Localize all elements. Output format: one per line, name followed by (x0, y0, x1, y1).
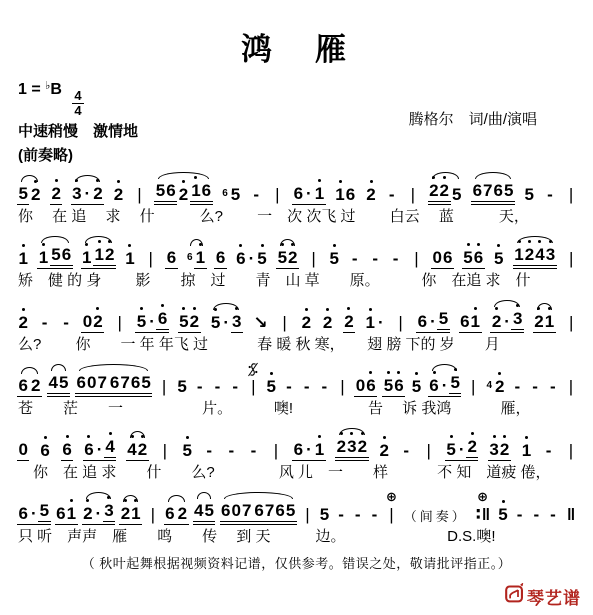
note-group: 6·1 (292, 428, 326, 464)
note-group: - (283, 365, 296, 400)
slurred-note-group: 62 (17, 364, 42, 400)
slurred-note-group: 3·2 (71, 172, 105, 208)
lyrics-row: 矫 健 的 身 影 掠 过 青 山 草 原。 你 在追 求 什 (18, 273, 579, 288)
note-token: 2 (50, 172, 62, 208)
note-group: - (513, 493, 526, 528)
note-token: 1 (124, 237, 136, 272)
note-token: · (148, 300, 157, 336)
note-group: - (385, 173, 398, 208)
note-group: 5·2 (445, 425, 479, 464)
note-token: 6 (292, 172, 304, 208)
slurred-note-group: 21 (119, 492, 142, 528)
note-token: 42 (126, 428, 149, 464)
note-token: 2 (378, 429, 390, 464)
note-token: ↘ (252, 301, 269, 336)
slurred-note-group: 2·3 (82, 489, 116, 528)
note-token: - (38, 301, 51, 336)
note-group: | (271, 173, 284, 208)
note-group: - (203, 429, 216, 464)
note-group: 6 (214, 236, 226, 272)
note-token: 5 (38, 489, 50, 528)
note-token: 2 (321, 301, 333, 336)
slurred-note-group: 56216 (154, 169, 212, 208)
note-token: 52 (276, 236, 299, 272)
site-watermark: 琴艺谱 (504, 583, 581, 609)
note-group: | (336, 365, 349, 400)
barline: | (307, 237, 320, 272)
note-group: 65 (221, 173, 242, 208)
note-token: · (440, 364, 449, 400)
note-token: - (300, 365, 313, 400)
note-token: 5 (181, 429, 193, 464)
lyrics-row: 你 在 追 求 什 么? 一 次 次飞 过 白云 蓝 天， (18, 209, 579, 224)
note-token: 5 (437, 297, 449, 336)
note-token: - (513, 493, 526, 528)
note-group: - (368, 493, 381, 528)
note-token: 3 (71, 172, 83, 208)
note-group: 5 (493, 237, 505, 272)
slurred-note-group: 5·3 (209, 300, 243, 336)
slurred-note-group: 156 (37, 233, 72, 272)
note-token: 6 (416, 300, 428, 336)
note-token: 16 (190, 169, 213, 208)
slurred-note-group: 6·5 (428, 361, 462, 400)
note-group: 6·5 (235, 237, 269, 272)
note-token: 5 (17, 172, 29, 208)
slurred-note-group: 6765 (471, 169, 515, 208)
sheet-music-page: 鸿 雁 1 = ♭B 4 4 中速稍慢 激情地 (前奏略) 腾格尔 词/曲/演唱… (0, 0, 593, 615)
note-group: 6·1 (292, 172, 326, 208)
note-token: 5 (523, 173, 535, 208)
note-group: 6·5 (17, 489, 51, 528)
barline: | (146, 493, 159, 528)
note-group: - (247, 429, 260, 464)
slurred-note-group: 52 (276, 236, 299, 272)
note-token: 06 (431, 236, 454, 272)
note-token: 5 (229, 173, 241, 208)
note-token: - (511, 365, 524, 400)
note-token: 16 (334, 173, 357, 208)
note-group: - (544, 173, 557, 208)
note-token: 607 (75, 361, 108, 400)
note-group: - (38, 301, 51, 336)
note-token: 56 (50, 233, 73, 272)
slurred-note-group: 61 (186, 236, 207, 272)
note-group: 1 (124, 237, 136, 272)
note-group: - (547, 493, 560, 528)
note-group: 5 (265, 365, 277, 400)
note-group: 6·4 (83, 425, 117, 464)
note-token: 5 (135, 300, 147, 336)
note-token: 6765 (471, 169, 515, 208)
note-group: | (565, 301, 578, 336)
note-token: - (229, 365, 242, 400)
note-token: 2 (466, 425, 478, 464)
note-token: 6 (186, 244, 195, 268)
note-token: - (400, 429, 413, 464)
note-token: - (211, 365, 224, 400)
note-group: ⊕| (385, 493, 398, 528)
barline: | (565, 301, 578, 336)
note-group: | (564, 365, 577, 400)
note-group: 5 (181, 429, 193, 464)
score-line: 0666·442|5---|6·12322-|5·2321-| 你 在 追 求 … (16, 425, 579, 480)
note-token: - (369, 237, 382, 272)
note-token: 6 (292, 428, 304, 464)
note-group: | (466, 365, 479, 400)
note-group: - (335, 493, 348, 528)
note-group: | (269, 429, 282, 464)
note-token: 6 (61, 428, 73, 464)
note-token: - (193, 365, 206, 400)
time-signature: 4 4 (72, 89, 83, 117)
note-token: （间奏） (402, 495, 468, 528)
lyrics-row: 苍 茫 一 片。 噢! 告 诉 我鸿 雁， (18, 401, 579, 416)
note-token: - (385, 173, 398, 208)
note-token: 4 (485, 372, 494, 396)
note-token: - (542, 429, 555, 464)
key-letter: B (50, 81, 62, 98)
note-token: 5 (445, 428, 457, 464)
note-group: - (542, 429, 555, 464)
note-group: 06 (354, 364, 377, 400)
page-title: 鸿 雁 (0, 0, 593, 69)
music-row: 5223·22|5621665-|6·1162-|22567655-| (16, 169, 579, 208)
barline: | (394, 301, 407, 336)
note-token: 232 (335, 425, 368, 464)
note-group: - (225, 429, 238, 464)
note-token: 22 (428, 169, 451, 208)
barline: | (144, 237, 157, 272)
note-group: | (133, 173, 146, 208)
note-token: 6 (428, 364, 440, 400)
note-group: 2 (321, 301, 333, 336)
barline: | (336, 365, 349, 400)
note-token: 1 (520, 429, 532, 464)
note-token: 6765 (253, 489, 297, 528)
note-token: - (318, 365, 331, 400)
note-token: 2 (29, 173, 41, 208)
note-group: | (247, 365, 260, 400)
note-token: 21 (119, 492, 142, 528)
repeat-barline: ‖ (563, 493, 577, 528)
note-group: （间奏） (402, 495, 468, 528)
note-token: - (335, 493, 348, 528)
note-token: · (29, 492, 38, 528)
note-group: 56 (382, 364, 405, 400)
note-token: 6 (214, 236, 226, 272)
note-token: 6 (165, 236, 177, 272)
note-token: - (250, 173, 263, 208)
barline: | (564, 429, 577, 464)
score-line: 11561121|66166·552|5---|065651243|矫 健 的 … (16, 233, 579, 288)
note-token: 12 (93, 233, 116, 272)
note-group: | (113, 301, 126, 336)
note-token: · (247, 237, 256, 272)
note-group: - (60, 301, 73, 336)
note-token: · (305, 172, 314, 208)
note-group: | (394, 301, 407, 336)
lyrics-row: 只 听 声声 雁 鸣 传 到 天 边。 D.S.噢! (18, 529, 579, 544)
barline: | (406, 173, 419, 208)
slurred-note-group: 2·3 (490, 297, 524, 336)
note-token: 61 (55, 492, 78, 528)
repeat-barline: ∶‖ (472, 493, 492, 528)
note-token: 6 (221, 180, 230, 204)
note-group: | (278, 301, 291, 336)
note-group: | (157, 365, 170, 400)
note-group: - (529, 365, 542, 400)
note-token: 56 (462, 236, 485, 272)
note-token: · (94, 492, 103, 528)
note-group: 5 (523, 173, 535, 208)
note-token: 5 (410, 365, 422, 400)
note-token: 6 (235, 237, 247, 272)
note-group: - (318, 365, 331, 400)
note-group: | (146, 493, 159, 528)
barline: | (269, 429, 282, 464)
note-group: | (307, 237, 320, 272)
slurred-note-group: 6076765 (220, 489, 297, 528)
note-group: | (406, 173, 419, 208)
note-group: - (400, 429, 413, 464)
note-group: | (410, 237, 423, 272)
note-token: 1 (364, 301, 376, 336)
note-group: | (564, 429, 577, 464)
note-group: 2 (343, 300, 355, 336)
note-token: 2 (365, 173, 377, 208)
note-token: 5 (209, 301, 221, 336)
note-group: 2 (365, 173, 377, 208)
note-group: 16 (334, 173, 357, 208)
note-token: · (457, 428, 466, 464)
score-line: 2--02|5·6525·3↘|2221·|6·5612·321|么? 你 一 … (16, 297, 579, 352)
note-token: 5 (451, 173, 463, 208)
score-line: 6·5612·321|62456076765|5---⊕|（间奏）⊕∶‖5---… (16, 489, 579, 544)
note-group: ↘ (252, 301, 269, 336)
note-token: 56 (154, 169, 177, 208)
note-group: 5 (497, 493, 509, 528)
note-token: 32 (488, 428, 511, 464)
note-token: 5 (176, 365, 188, 400)
barline: | (133, 173, 146, 208)
note-token: 06 (354, 364, 377, 400)
note-token: 1243 (513, 233, 557, 272)
barline: | (564, 237, 577, 272)
note-group: 42 (485, 365, 506, 400)
note-group: 32 (488, 428, 511, 464)
note-token: 2 (92, 172, 104, 208)
note-token: - (225, 429, 238, 464)
note-group: 1 (17, 237, 29, 272)
note-token: 6 (83, 428, 95, 464)
note-token: - (389, 237, 402, 272)
logo-note-icon (504, 583, 525, 609)
note-group: 2 (50, 172, 62, 208)
note-group: 5 (328, 237, 340, 272)
note-group: | (144, 237, 157, 272)
note-token: - (529, 365, 542, 400)
score-line: 62456076765|5---|5---|065656·5|42---|苍 茫… (16, 361, 579, 416)
note-group: 06 (431, 236, 454, 272)
prelude-note: (前奏略) (18, 144, 593, 165)
note-token: 5 (493, 237, 505, 272)
note-token: 1 (313, 428, 325, 464)
note-token: 6 (164, 492, 176, 528)
barline: | (422, 429, 435, 464)
note-group: ⊕∶‖ (472, 493, 492, 528)
lyrics-row: 么? 你 一 年 年飞 过 春 暖 秋 寒， 翅 膀 下的 岁 月 (18, 337, 579, 352)
meter-bottom: 4 (72, 104, 83, 118)
note-token: · (95, 428, 104, 464)
key-prefix: 1 = (18, 81, 45, 98)
note-group: 61 (459, 300, 482, 336)
note-token: 6 (17, 492, 29, 528)
barline: | (466, 365, 479, 400)
note-token: 2 (82, 492, 94, 528)
note-group: - (389, 237, 402, 272)
meter-top: 4 (72, 89, 83, 104)
note-group: 61 (55, 492, 78, 528)
slurred-note-group: 6076765 (75, 361, 152, 400)
slurred-note-group: 232 (335, 425, 368, 464)
note-token: 5 (265, 365, 277, 400)
note-token: - (60, 301, 73, 336)
barline: | (385, 493, 398, 528)
note-token: 1 (81, 236, 93, 272)
note-group: 52 (178, 300, 201, 336)
note-token: 6 (156, 297, 168, 336)
note-group: 0 (17, 428, 29, 464)
note-token: - (351, 493, 364, 528)
note-token: 607 (220, 489, 253, 528)
note-token: 6765 (108, 361, 152, 400)
note-group: - (193, 365, 206, 400)
note-group: | (158, 429, 171, 464)
note-token: 3 (231, 300, 243, 336)
note-token: 1 (313, 172, 325, 208)
note-group: - (547, 365, 560, 400)
note-token: 2 (343, 300, 355, 336)
note-token: - (530, 493, 543, 528)
note-token: 56 (382, 364, 405, 400)
note-token: 1 (17, 237, 29, 272)
note-group: - (351, 493, 364, 528)
note-group: 02 (81, 300, 104, 336)
transcriber-caption: （ 秋叶起舞根据视频资料记谱，仅供参考。错误之处，敬请批评指正。） (0, 553, 593, 572)
note-token: 45 (47, 361, 70, 400)
barline: | (157, 365, 170, 400)
barline: | (271, 173, 284, 208)
note-token: 5 (497, 493, 509, 528)
barline: | (564, 173, 577, 208)
note-token: 52 (178, 300, 201, 336)
barline: | (247, 365, 260, 400)
note-group: - (300, 365, 313, 400)
slurred-note-group: 45 (193, 489, 216, 528)
score-body: 5223·22|5621665-|6·1162-|22567655-|你 在 追… (16, 169, 579, 544)
slurred-note-group: 62 (164, 492, 189, 528)
note-group: 2 (300, 301, 312, 336)
note-group: 6·5 (416, 297, 450, 336)
note-token: - (368, 493, 381, 528)
note-group: - (530, 493, 543, 528)
note-token: 5 (449, 361, 461, 400)
note-group: | (564, 173, 577, 208)
note-group: | (564, 237, 577, 272)
note-group: 6 (61, 428, 73, 464)
note-group: 6 (39, 429, 51, 464)
note-token: 2 (176, 492, 188, 528)
note-token: 6 (17, 364, 29, 400)
note-token: - (547, 365, 560, 400)
note-group: - (348, 237, 361, 272)
note-token: 1 (194, 236, 206, 272)
note-token: 02 (81, 300, 104, 336)
note-token: 1 (37, 236, 49, 272)
note-token: 0 (17, 428, 29, 464)
note-token: · (376, 301, 385, 336)
note-token: 5 (256, 237, 268, 272)
note-token: 2 (490, 300, 502, 336)
music-row: 11561121|66166·552|5---|065651243| (16, 233, 579, 272)
note-token: 5 (328, 237, 340, 272)
music-row: 6·5612·321|62456076765|5---⊕|（间奏）⊕∶‖5---… (16, 489, 579, 528)
note-group: - (229, 365, 242, 400)
slurred-note-group: 1243 (513, 233, 557, 272)
slurred-note-group: 225 (428, 169, 463, 208)
note-token: · (83, 172, 92, 208)
note-group: - (369, 237, 382, 272)
lyrics-row: 你 在 追 求 什 么? 风 儿 一 样 不 知 道疲 倦， (18, 465, 579, 480)
note-group: 1· (364, 301, 385, 336)
note-group: 2 (378, 429, 390, 464)
note-token: 2 (177, 173, 189, 208)
slurred-note-group: 52 (17, 172, 42, 208)
note-token: 3 (103, 489, 115, 528)
note-token: 2 (17, 301, 29, 336)
barline: | (564, 365, 577, 400)
note-token: 4 (104, 425, 116, 464)
slurred-note-group: 112 (81, 233, 116, 272)
music-row: 0666·442|5---|6·12322-|5·2321-| (16, 425, 579, 464)
slurred-note-group: 21 (533, 300, 556, 336)
score-line: 5223·22|5621665-|6·1162-|22567655-|你 在 追… (16, 169, 579, 224)
note-group: 5 (176, 365, 188, 400)
slurred-note-group: 42 (126, 428, 149, 464)
note-group: - (211, 365, 224, 400)
note-group: ‖ (563, 493, 577, 528)
note-token: - (547, 493, 560, 528)
note-token: · (305, 428, 314, 464)
note-group: - (511, 365, 524, 400)
barline: | (113, 301, 126, 336)
note-token: 2 (112, 173, 124, 208)
logo-text: 琴艺谱 (527, 584, 581, 609)
note-group: | (422, 429, 435, 464)
note-group: 5 (410, 365, 422, 400)
note-token: · (222, 301, 231, 336)
barline: | (158, 429, 171, 464)
note-group: | (301, 493, 314, 528)
note-token: - (247, 429, 260, 464)
note-token: 2 (29, 364, 41, 400)
note-group: 2 (112, 173, 124, 208)
note-token: 3 (511, 297, 523, 336)
note-token: 61 (459, 300, 482, 336)
note-token: - (544, 173, 557, 208)
note-group: 56 (462, 236, 485, 272)
